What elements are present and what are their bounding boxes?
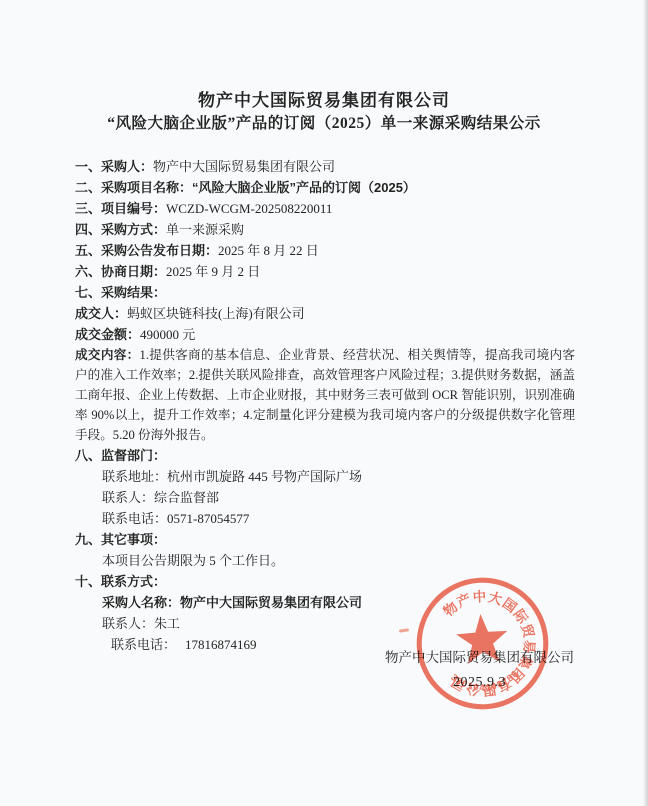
line-label: 二、采购项目名称： (75, 180, 192, 195)
line-supervision-heading: 八、监督部门： (75, 445, 575, 466)
line-label: 一、采购人： (75, 159, 153, 174)
line-negotiation-date: 六、协商日期：2025 年 9 月 2 日 (75, 261, 575, 282)
line-label: 四、采购方式： (75, 222, 166, 237)
line-value: 杭州市凯旋路 445 号物产国际广场 (167, 469, 362, 484)
doc-title: 物产中大国际贸易集团有限公司 (0, 86, 648, 111)
star-icon (455, 612, 510, 664)
line-project-number: 三、项目编号：WCZD-WCGM-202508220011 (75, 198, 575, 219)
line-label: 六、协商日期： (75, 264, 166, 279)
line-amount: 成交金额：490000 元 (75, 324, 575, 345)
document-page: 物产中大国际贸易集团有限公司 “风险大脑企业版”产品的订阅（2025）单一来源采… (0, 0, 648, 806)
line-procurement-method: 四、采购方式：单一来源采购 (75, 219, 575, 240)
line-supervision-contact: 联系人：综合监督部 (75, 487, 575, 508)
line-value: 17816874169 (185, 637, 257, 652)
line-label: 三、项目编号： (75, 201, 166, 216)
line-value: 2025 年 8 月 22 日 (218, 243, 319, 258)
line-value: 物产中大国际贸易集团有限公司 (180, 595, 362, 610)
line-value: 单一来源采购 (166, 222, 244, 237)
line-announcement-date: 五、采购公告发布日期：2025 年 8 月 22 日 (75, 240, 575, 261)
line-label: 联系电话： (102, 511, 167, 526)
line-label: 联系电话： (111, 637, 176, 652)
line-announcement-period: 本项目公告期限为 5 个工作日。 (75, 550, 575, 571)
line-value: 0571-87054577 (167, 511, 249, 526)
line-value: 2025 年 9 月 2 日 (166, 264, 260, 279)
line-label: 成交金额： (75, 327, 140, 342)
line-deal-content: 成交内容：1.提供客商的基本信息、企业背景、经营状况、相关舆情等，提高我司境内客… (75, 345, 575, 445)
line-label: 十、联系方式： (75, 574, 166, 589)
line-label: 成交人： (75, 306, 127, 321)
line-label: 成交内容： (75, 348, 140, 362)
line-value: 物产中大国际贸易集团有限公司 (153, 159, 335, 174)
line-label: 五、采购公告发布日期： (75, 243, 218, 258)
line-result-heading: 七、采购结果： (75, 282, 575, 303)
line-label: 七、采购结果： (75, 285, 166, 300)
line-label: 采购人名称： (102, 595, 180, 610)
line-purchaser: 一、采购人：物产中大国际贸易集团有限公司 (75, 156, 575, 177)
line-contact-address: 联系地址：杭州市凯旋路 445 号物产国际广场 (75, 466, 575, 487)
line-value: WCZD-WCGM-202508220011 (166, 201, 332, 216)
line-value: 本项目公告期限为 5 个工作日。 (102, 553, 284, 568)
line-project-name: 二、采购项目名称：“风险大脑企业版”产品的订阅（2025） (75, 177, 575, 198)
line-winner: 成交人：蚂蚁区块链科技(上海)有限公司 (75, 303, 575, 324)
line-label: 八、监督部门： (75, 448, 166, 463)
line-value: 1.提供客商的基本信息、企业背景、经营状况、相关舆情等，提高我司境内客户的准入工… (75, 348, 575, 442)
line-label: 九、其它事项： (75, 532, 166, 547)
line-value: 蚂蚁区块链科技(上海)有限公司 (127, 306, 305, 321)
company-seal-stamp: 物产中大国际贸易集团有限公司 330104100786 (410, 571, 554, 715)
line-value: 490000 元 (140, 327, 195, 342)
line-other-heading: 九、其它事项： (75, 529, 575, 550)
line-label: 联系地址： (102, 469, 167, 484)
doc-subtitle: “风险大脑企业版”产品的订阅（2025）单一来源采购结果公示 (0, 111, 648, 133)
line-supervision-phone: 联系电话：0571-87054577 (75, 508, 575, 529)
line-value: 综合监督部 (154, 490, 219, 505)
line-label: 联系人： (102, 616, 154, 631)
line-value: 朱工 (154, 616, 180, 631)
line-label: 联系人： (102, 490, 154, 505)
line-value: “风险大脑企业版”产品的订阅（2025） (192, 180, 416, 195)
